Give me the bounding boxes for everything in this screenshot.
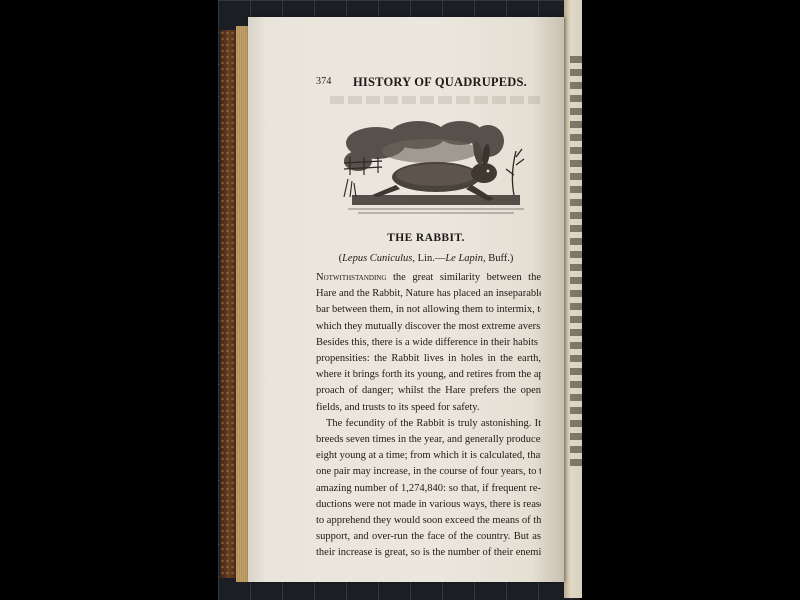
- paragraph-2-line: amazing number of 1,274,840: so that, if…: [316, 481, 541, 497]
- running-title: HISTORY OF QUADRUPEDS.: [353, 75, 527, 90]
- paragraph-1-line: bar between them, in not allowing them t…: [316, 302, 541, 318]
- facing-page-edge: [564, 0, 582, 598]
- paragraph-1-line: where it brings forth its young, and ret…: [316, 367, 541, 383]
- body-text: Notwithstanding the great similarity bet…: [316, 270, 541, 562]
- lead-small-caps: Notwithstanding: [316, 272, 386, 283]
- paragraph-1-line: propensities: the Rabbit lives in holes …: [316, 351, 541, 367]
- paragraph-2-line: The fecundity of the Rabbit is truly ast…: [316, 416, 541, 432]
- caption-separator-buffon: , Buff.): [483, 253, 513, 264]
- paragraph-1-line: fields, and trusts to its speed for safe…: [316, 400, 541, 416]
- page-number: 374: [316, 76, 332, 87]
- section-title: THE RABBIT.: [310, 232, 542, 244]
- paragraph-1-line: Notwithstanding the great similarity bet…: [316, 270, 541, 286]
- paragraph-2-line: their increase is great, so is the numbe…: [316, 545, 541, 561]
- paragraph-1-line: which they mutually discover the most ex…: [316, 319, 541, 335]
- paragraph-1-line: Besides this, there is a wide difference…: [316, 335, 541, 351]
- show-through-text: [330, 96, 540, 104]
- paragraph-2-line: support, and over-run the face of the co…: [316, 529, 541, 545]
- paragraph-1-line: proach of danger; whilst the Hare prefer…: [316, 383, 541, 399]
- paragraph-2-line: ductions were not made in various ways, …: [316, 497, 541, 513]
- paragraph-2-line: eight young at a time; from which it is …: [316, 448, 541, 464]
- paragraph-1-line: Hare and the Rabbit, Nature has placed a…: [316, 286, 541, 302]
- french-name: Le Lapin: [445, 253, 483, 264]
- paragraph-2-line: one pair may increase, in the course of …: [316, 464, 541, 480]
- paragraph-2-line: to apprehend they would soon exceed the …: [316, 513, 541, 529]
- caption-separator-linnaeus: , Lin.—: [412, 253, 445, 264]
- paragraph-2-line: breeds seven times in the year, and gene…: [316, 432, 541, 448]
- latin-name: Lepus Cuniculus: [342, 253, 412, 264]
- rabbit-engraving-illustration: [338, 115, 534, 220]
- latin-caption: (Lepus Cuniculus, Lin.—Le Lapin, Buff.): [310, 253, 542, 264]
- facing-page-text-glimpse: [570, 56, 582, 466]
